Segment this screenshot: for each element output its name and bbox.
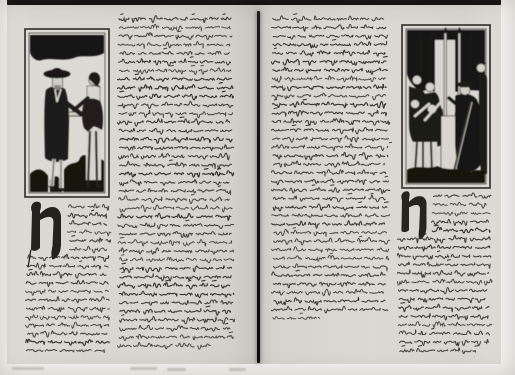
script-line — [119, 110, 233, 117]
faint-caption-mark — [167, 368, 186, 371]
script-line — [120, 315, 235, 324]
script-line — [272, 48, 385, 56]
script-line — [400, 340, 489, 346]
script-line — [271, 170, 385, 176]
script-line — [272, 213, 390, 217]
script-line — [119, 57, 231, 66]
script-line — [69, 204, 109, 210]
script-line — [433, 202, 486, 208]
script-line — [118, 117, 230, 126]
script-line — [273, 99, 386, 108]
script-line — [399, 298, 485, 302]
script-line — [119, 14, 231, 23]
script-line — [27, 261, 108, 269]
script-line — [272, 108, 386, 116]
script-line — [271, 289, 383, 296]
right-miniature-spear-crowd — [401, 24, 491, 189]
script-line — [273, 14, 384, 23]
script-line — [434, 193, 492, 198]
script-line — [120, 145, 234, 151]
script-line — [120, 160, 232, 169]
photo-dark-top-edge — [7, 0, 501, 5]
script-line — [398, 288, 487, 294]
center-gutter-binding — [257, 11, 260, 363]
script-line — [120, 205, 232, 212]
script-line — [118, 101, 233, 108]
script-line — [271, 176, 388, 184]
script-line — [27, 269, 106, 278]
script-line — [120, 306, 230, 315]
script-line — [26, 322, 109, 328]
script-line — [119, 24, 230, 31]
script-line — [272, 84, 386, 90]
script-line — [119, 153, 230, 160]
script-line — [274, 297, 385, 305]
script-line — [119, 231, 231, 237]
script-line — [120, 263, 232, 272]
script-line — [119, 300, 232, 305]
faint-caption-mark — [130, 367, 157, 370]
script-line — [70, 246, 107, 253]
script-line — [120, 272, 231, 281]
script-line — [274, 236, 390, 245]
script-line — [272, 24, 386, 31]
left-page-column-1-text — [25, 200, 114, 363]
script-line — [272, 270, 385, 276]
script-line — [397, 279, 492, 285]
manuscript-photo — [0, 0, 515, 375]
script-line — [26, 349, 104, 352]
script-line — [70, 236, 111, 243]
script-line — [432, 225, 490, 233]
script-line — [119, 31, 232, 40]
script-line — [70, 220, 107, 225]
script-line — [273, 35, 387, 39]
script-line — [273, 40, 387, 48]
script-line — [273, 253, 388, 261]
left-page-column-2-text — [117, 12, 237, 358]
script-line — [27, 306, 110, 312]
script-line — [271, 142, 392, 151]
script-line — [118, 213, 231, 220]
script-line — [117, 83, 233, 92]
script-line — [271, 57, 387, 66]
script-line — [271, 306, 388, 313]
right-page-column-2-text — [397, 189, 494, 363]
script-line — [398, 234, 491, 243]
script-line — [119, 169, 233, 178]
script-line — [120, 323, 230, 331]
script-line — [118, 42, 230, 49]
script-line — [28, 254, 109, 261]
script-line — [399, 314, 488, 320]
script-line — [399, 245, 490, 251]
script-line — [274, 264, 388, 271]
script-line — [272, 93, 386, 100]
left-miniature-two-men — [24, 28, 110, 198]
script-line — [118, 280, 230, 289]
faint-caption-mark — [12, 367, 44, 370]
script-line — [119, 128, 232, 134]
script-line — [273, 313, 320, 319]
script-line — [26, 315, 110, 320]
script-line — [25, 297, 109, 303]
script-line — [118, 342, 211, 349]
faint-caption-mark — [229, 368, 246, 371]
script-line — [26, 290, 109, 295]
script-line — [68, 210, 106, 218]
script-line — [119, 291, 233, 297]
script-line — [399, 303, 489, 312]
script-line — [26, 281, 108, 287]
script-line — [274, 161, 385, 167]
script-line — [272, 119, 390, 126]
script-line — [274, 228, 387, 237]
script-line — [120, 180, 229, 186]
script-line — [272, 185, 390, 194]
script-line — [119, 186, 230, 195]
script-line — [398, 322, 492, 328]
script-line — [119, 65, 230, 74]
script-line — [273, 202, 388, 211]
script-line — [28, 331, 107, 337]
script-line — [272, 221, 385, 228]
script-line — [119, 194, 230, 203]
script-line — [67, 230, 111, 236]
script-line — [432, 212, 490, 216]
right-page-column-1-text — [271, 12, 392, 330]
script-line — [273, 136, 389, 143]
script-line — [120, 48, 229, 55]
script-line — [119, 332, 233, 341]
script-line — [397, 270, 488, 277]
script-line — [118, 91, 234, 100]
script-line — [118, 237, 232, 246]
script-line — [432, 219, 489, 225]
script-line — [119, 248, 233, 254]
script-line — [273, 67, 388, 74]
script-line — [26, 339, 109, 345]
script-line — [120, 255, 234, 263]
script-line — [271, 125, 387, 134]
script-line — [399, 260, 491, 269]
script-line — [118, 220, 234, 229]
script-line — [118, 74, 232, 81]
script-line — [273, 282, 385, 288]
script-line — [272, 76, 385, 82]
script-line — [272, 247, 389, 252]
script-line — [399, 328, 489, 335]
script-line — [273, 193, 385, 202]
script-line — [273, 152, 388, 160]
script-line — [400, 346, 479, 354]
script-line — [397, 251, 491, 260]
script-line — [120, 137, 232, 143]
